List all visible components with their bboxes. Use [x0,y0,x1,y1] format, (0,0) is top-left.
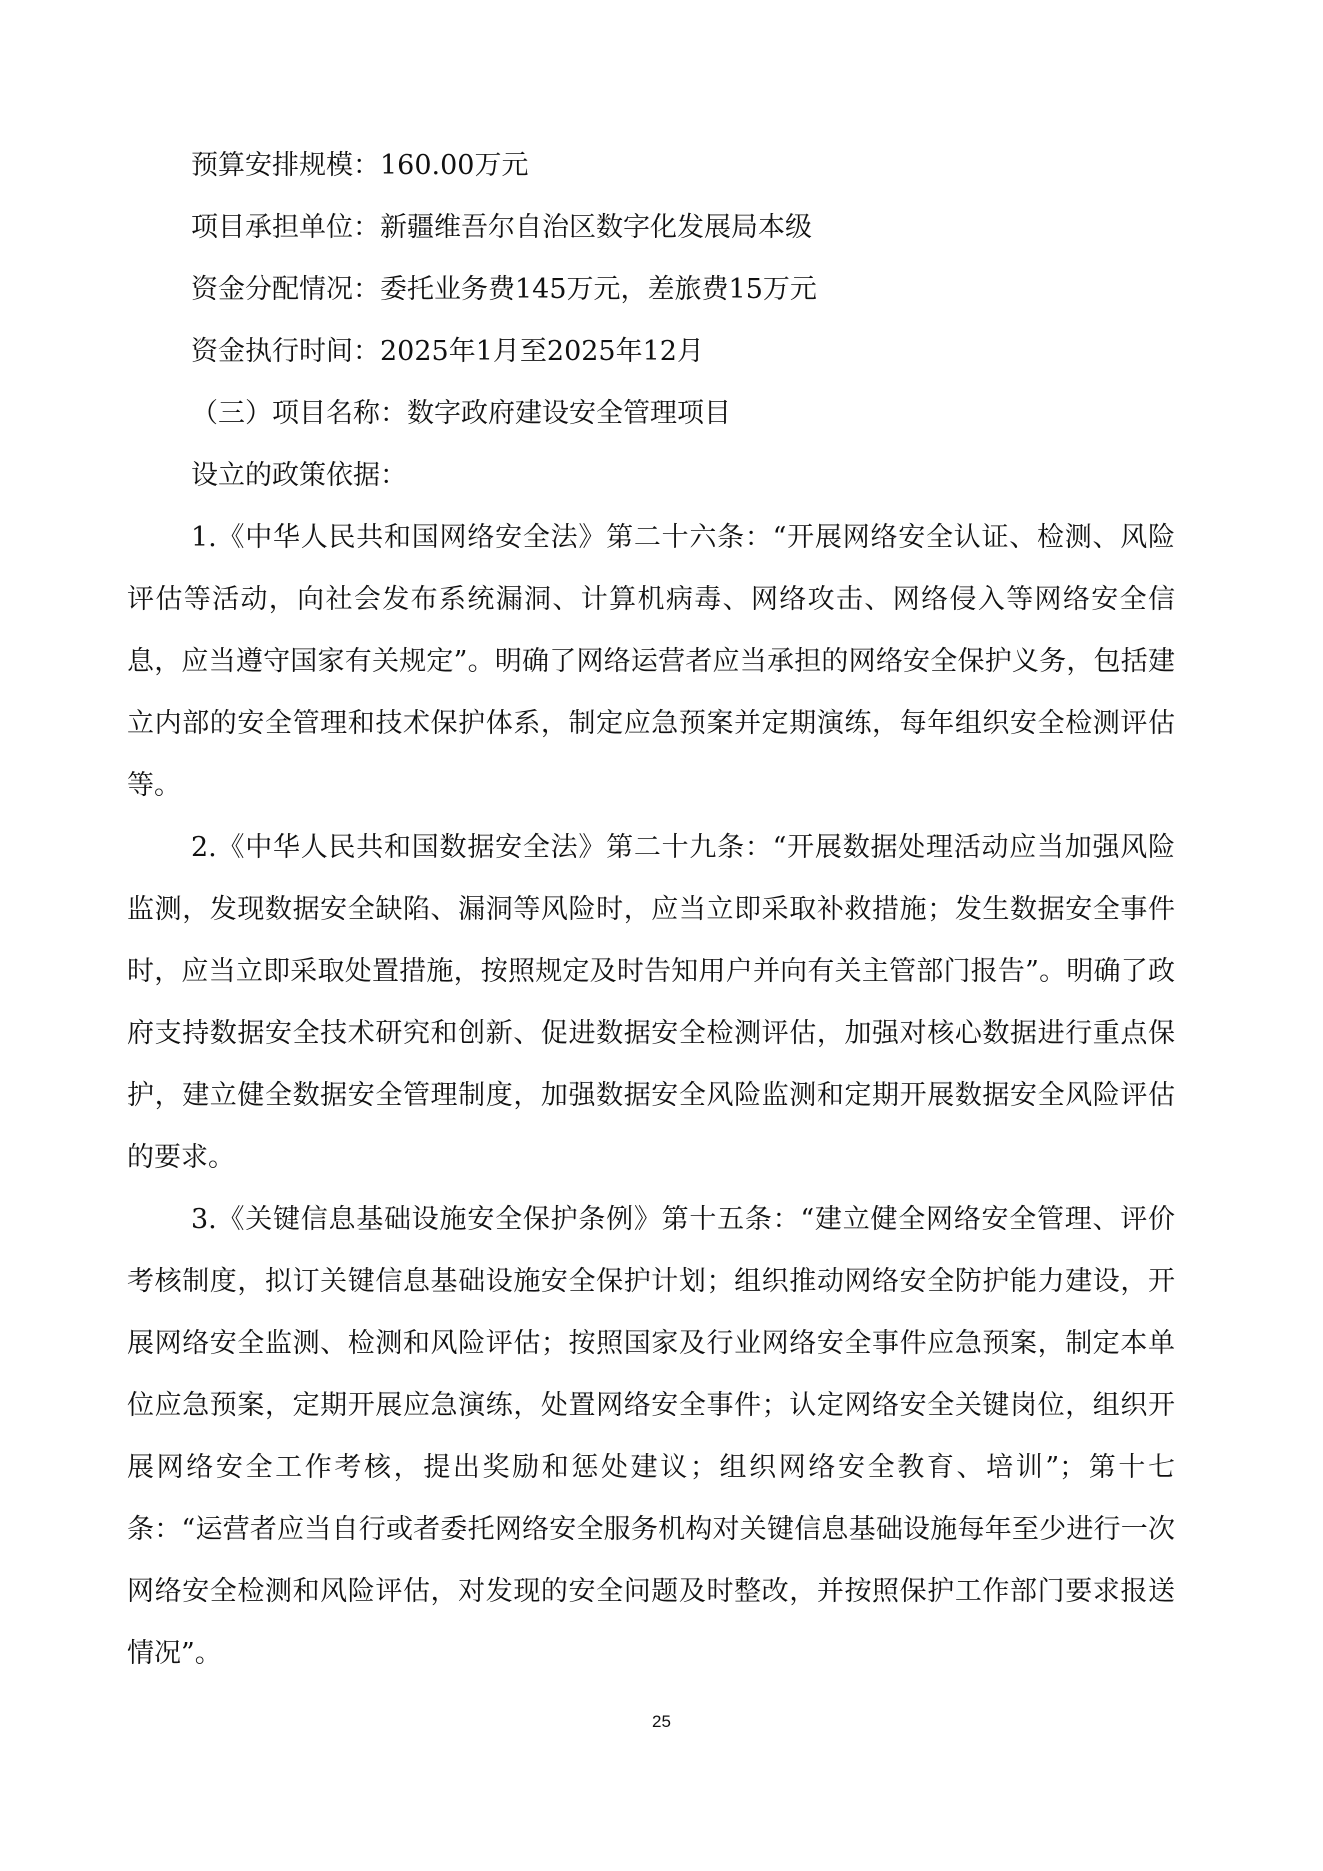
policy-item-1: 1.《中华人民共和国网络安全法》第二十六条：“开展网络安全认证、检测、风险评估等… [127,507,1175,817]
page-number: 25 [0,1712,1323,1732]
policy-item-2: 2.《中华人民共和国数据安全法》第二十九条：“开展数据处理活动应当加强风险监测，… [127,817,1175,1189]
fund-allocation-line: 资金分配情况：委托业务费145万元，差旅费15万元 [127,259,1175,321]
policy-item-3: 3.《关键信息基础设施安全保护条例》第十五条：“建立健全网络安全管理、评价考核制… [127,1189,1175,1685]
responsible-unit-line: 项目承担单位：新疆维吾尔自治区数字化发展局本级 [127,197,1175,259]
policy-basis-heading: 设立的政策依据： [127,445,1175,507]
fund-execution-time-line: 资金执行时间：2025年1月至2025年12月 [127,321,1175,383]
project-name-heading: （三）项目名称：数字政府建设安全管理项目 [127,383,1175,445]
document-page: 预算安排规模：160.00万元 项目承担单位：新疆维吾尔自治区数字化发展局本级 … [0,0,1323,1871]
budget-scale-line: 预算安排规模：160.00万元 [127,135,1175,197]
document-body: 预算安排规模：160.00万元 项目承担单位：新疆维吾尔自治区数字化发展局本级 … [127,135,1175,1685]
